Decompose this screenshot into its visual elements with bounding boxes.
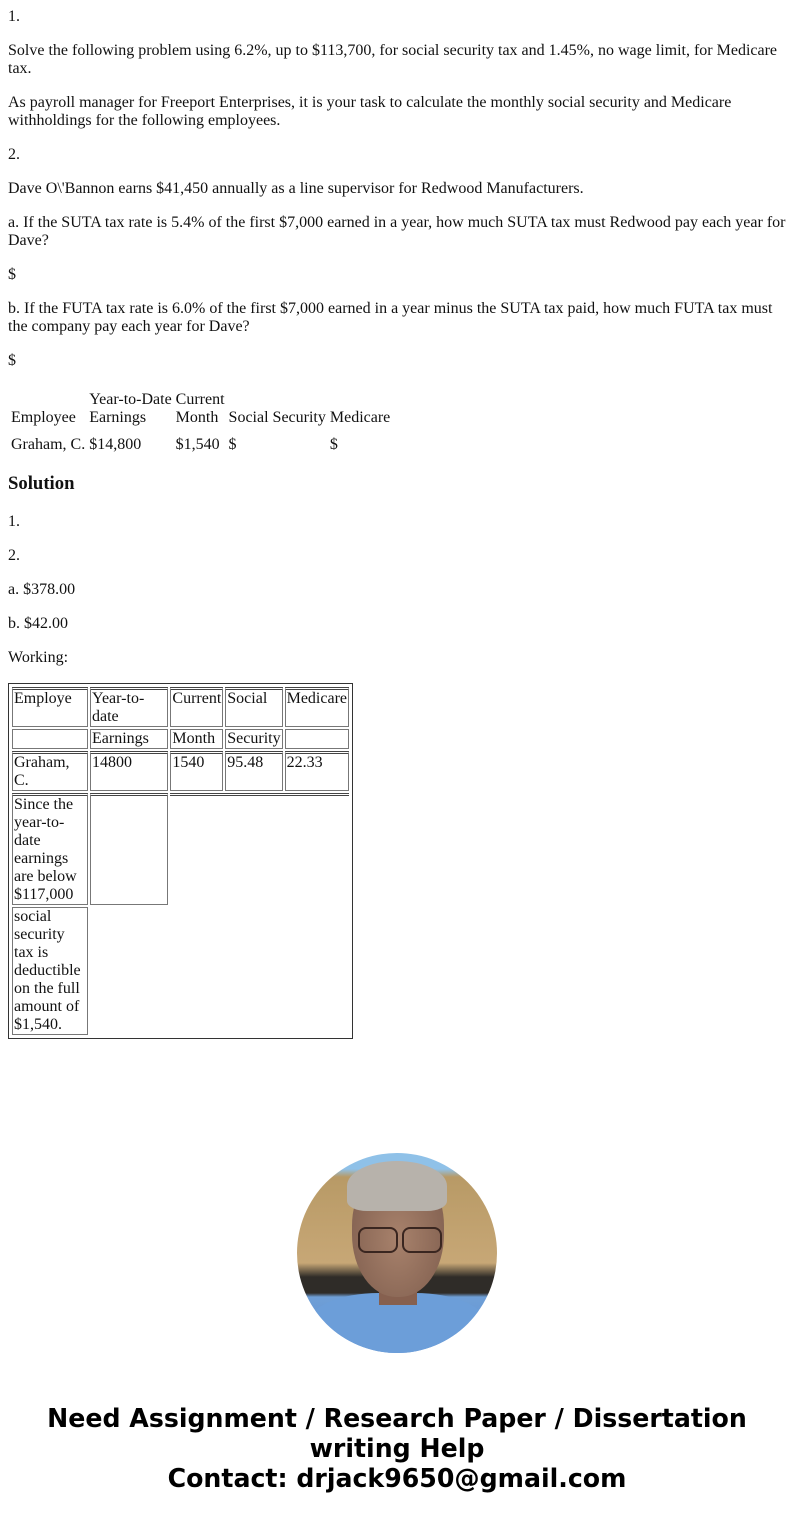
wt-note-1-empty <box>90 793 168 905</box>
solution-2: 2. <box>8 547 788 565</box>
working-note-row-1: Since the year-to-date earnings are belo… <box>12 793 349 905</box>
question-2a-answer: $ <box>8 266 788 284</box>
avatar-hair <box>347 1161 447 1211</box>
wt-note-1: Since the year-to-date earnings are belo… <box>12 793 88 905</box>
solution-b: b. $42.00 <box>8 615 788 633</box>
wt-ytd: 14800 <box>90 751 168 791</box>
header-current-month: CurrentMonth <box>175 390 226 428</box>
wt-gap <box>170 793 349 905</box>
cell-ss: $ <box>228 430 327 455</box>
header-ytd-earnings: Year-to-DateEarnings <box>88 390 172 428</box>
question-2b-answer: $ <box>8 352 788 370</box>
avatar-glasses <box>354 1227 442 1253</box>
wt-month: 1540 <box>170 751 223 791</box>
working-header-row-1: Employe Year-to-date Current Social Medi… <box>12 687 349 727</box>
question-1-intro: Solve the following problem using 6.2%, … <box>8 42 788 78</box>
question-1-number: 1. <box>8 8 788 26</box>
solution-heading: Solution <box>8 473 74 495</box>
employee-question-table: Employee Year-to-DateEarnings CurrentMon… <box>8 388 393 457</box>
wt-h-current: Current <box>170 687 223 727</box>
wt-social-security: 95.48 <box>225 751 282 791</box>
cell-employee: Graham, C. <box>10 430 86 455</box>
promo-line-1: Need Assignment / Research Paper / Disse… <box>12 1404 782 1434</box>
wt-h2-month: Month <box>170 729 223 749</box>
wt-medicare: 22.33 <box>285 751 349 791</box>
promo-banner: Need Assignment / Research Paper / Disse… <box>12 1404 782 1494</box>
working-note-row-2: social security tax is deductible on the… <box>12 907 349 1035</box>
wt-h-employee: Employe <box>12 687 88 727</box>
working-table: Employe Year-to-date Current Social Medi… <box>8 683 353 1039</box>
solution-1: 1. <box>8 513 788 531</box>
cell-ytd: $14,800 <box>88 430 172 455</box>
question-2-number: 2. <box>8 146 788 164</box>
table-row: Graham, C. 14800 1540 95.48 22.33 <box>12 751 349 791</box>
wt-h-medicare: Medicare <box>285 687 349 727</box>
question-2a: a. If the SUTA tax rate is 5.4% of the f… <box>8 214 788 250</box>
wt-h2-employee <box>12 729 88 749</box>
question-2b: b. If the FUTA tax rate is 6.0% of the f… <box>8 300 788 336</box>
wt-h-ytd: Year-to-date <box>90 687 168 727</box>
question-1-task: As payroll manager for Freeport Enterpri… <box>8 94 788 130</box>
header-employee: Employee <box>10 390 86 428</box>
header-social-security: Social Security <box>228 390 327 428</box>
header-medicare: Medicare <box>329 390 391 428</box>
promo-line-2: writing Help <box>12 1434 782 1464</box>
working-label: Working: <box>8 649 788 667</box>
wt-note-2: social security tax is deductible on the… <box>12 907 88 1035</box>
solution-a: a. $378.00 <box>8 581 788 599</box>
wt-h-social: Social <box>225 687 282 727</box>
table-row: Graham, C. $14,800 $1,540 $ $ <box>10 430 391 455</box>
wt-h2-blank <box>285 729 349 749</box>
wt-gap-2 <box>90 907 349 1035</box>
wt-employee: Graham, C. <box>12 751 88 791</box>
cell-month: $1,540 <box>175 430 226 455</box>
question-2-intro: Dave O\'Bannon earns $41,450 annually as… <box>8 180 788 198</box>
working-header-row-2: Earnings Month Security <box>12 729 349 749</box>
wt-h2-earnings: Earnings <box>90 729 168 749</box>
cell-medicare: $ <box>329 430 391 455</box>
wt-h2-security: Security <box>225 729 282 749</box>
promo-contact[interactable]: Contact: drjack9650@gmail.com <box>12 1464 782 1494</box>
tutor-avatar <box>297 1153 497 1353</box>
table-header-row: Employee Year-to-DateEarnings CurrentMon… <box>10 390 391 428</box>
